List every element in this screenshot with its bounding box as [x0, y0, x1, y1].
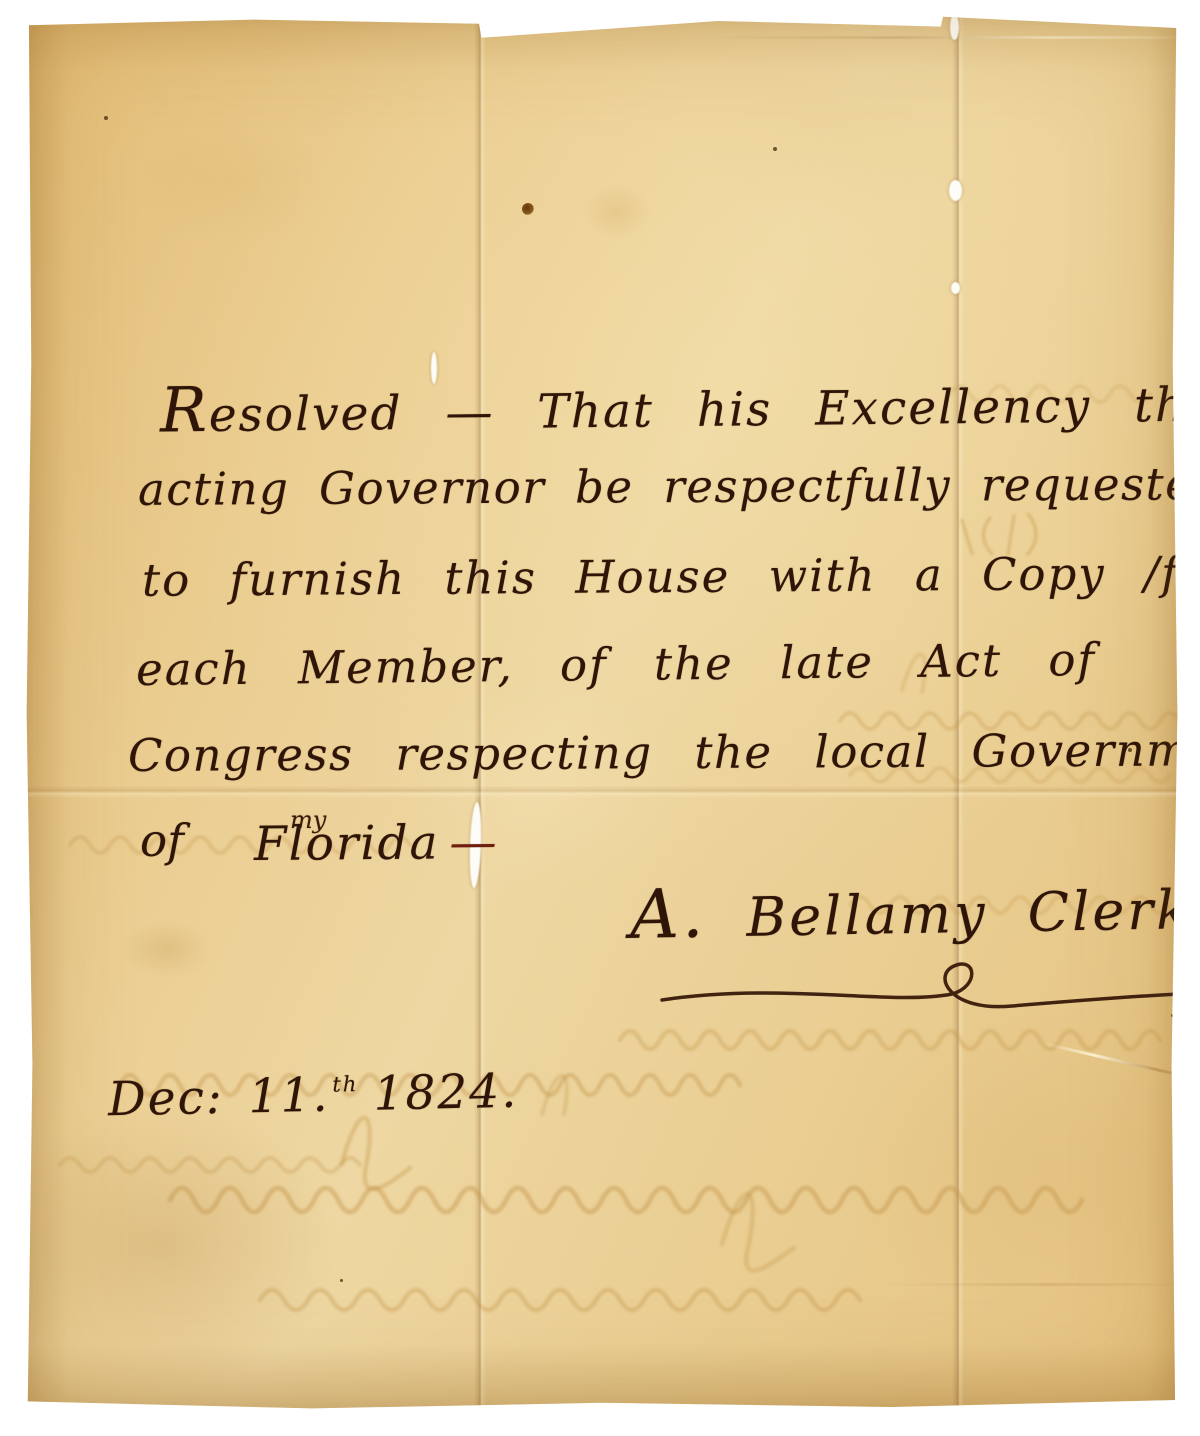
- foxing-stain: [122, 919, 212, 979]
- manuscript-line-2: acting Governor be respectfully requeste…: [138, 457, 1200, 516]
- date-line: Dec: 11.th1824.: [107, 1064, 518, 1128]
- top-crease: [700, 36, 1200, 39]
- manuscript-line-3: to furnish this House with a Copy /for: [142, 546, 1200, 607]
- paper-hole: [949, 180, 962, 201]
- speck: [1171, 1014, 1174, 1017]
- speck: [104, 116, 108, 120]
- date-prefix: Dec: 11.: [107, 1068, 329, 1128]
- ink-spot: [522, 203, 534, 215]
- clerk-signature: A. Bellamy Clerk: [629, 865, 1192, 954]
- vertical-fold-crease-left: [474, 14, 486, 1414]
- manuscript-line-6-florida: Florida—: [254, 815, 497, 872]
- bleedthrough-writing: [22, 14, 1182, 1414]
- speck: [340, 1279, 343, 1282]
- lower-right-crease: [880, 1283, 1200, 1286]
- signature-flourish: [622, 942, 1200, 1032]
- paper-hole: [951, 282, 960, 294]
- manuscript-paper: Resolved — That his Excellency the actin…: [22, 14, 1182, 1414]
- date-superscript: th: [332, 1071, 359, 1097]
- diagonal-crease: [1042, 1042, 1200, 1085]
- florida-word: Florida: [254, 815, 440, 872]
- foxing-stain: [582, 184, 652, 239]
- date-year: 1824.: [373, 1064, 519, 1122]
- vertical-fold-crease-right: [952, 14, 964, 1414]
- document-scan: Resolved — That his Excellency the actin…: [0, 0, 1200, 1436]
- manuscript-line-1: Resolved — That his Excellency the: [160, 362, 1200, 446]
- closing-dash: —: [449, 815, 496, 870]
- speck: [773, 147, 777, 151]
- manuscript-line-6-of: of: [140, 814, 184, 867]
- paper-tear: [950, 14, 959, 40]
- manuscript-line-4: each Member, of the late Act of: [136, 633, 1097, 696]
- horizontal-fold-crease: [22, 786, 1182, 798]
- manuscript-line-5: Congress respecting the local Government: [128, 723, 1200, 782]
